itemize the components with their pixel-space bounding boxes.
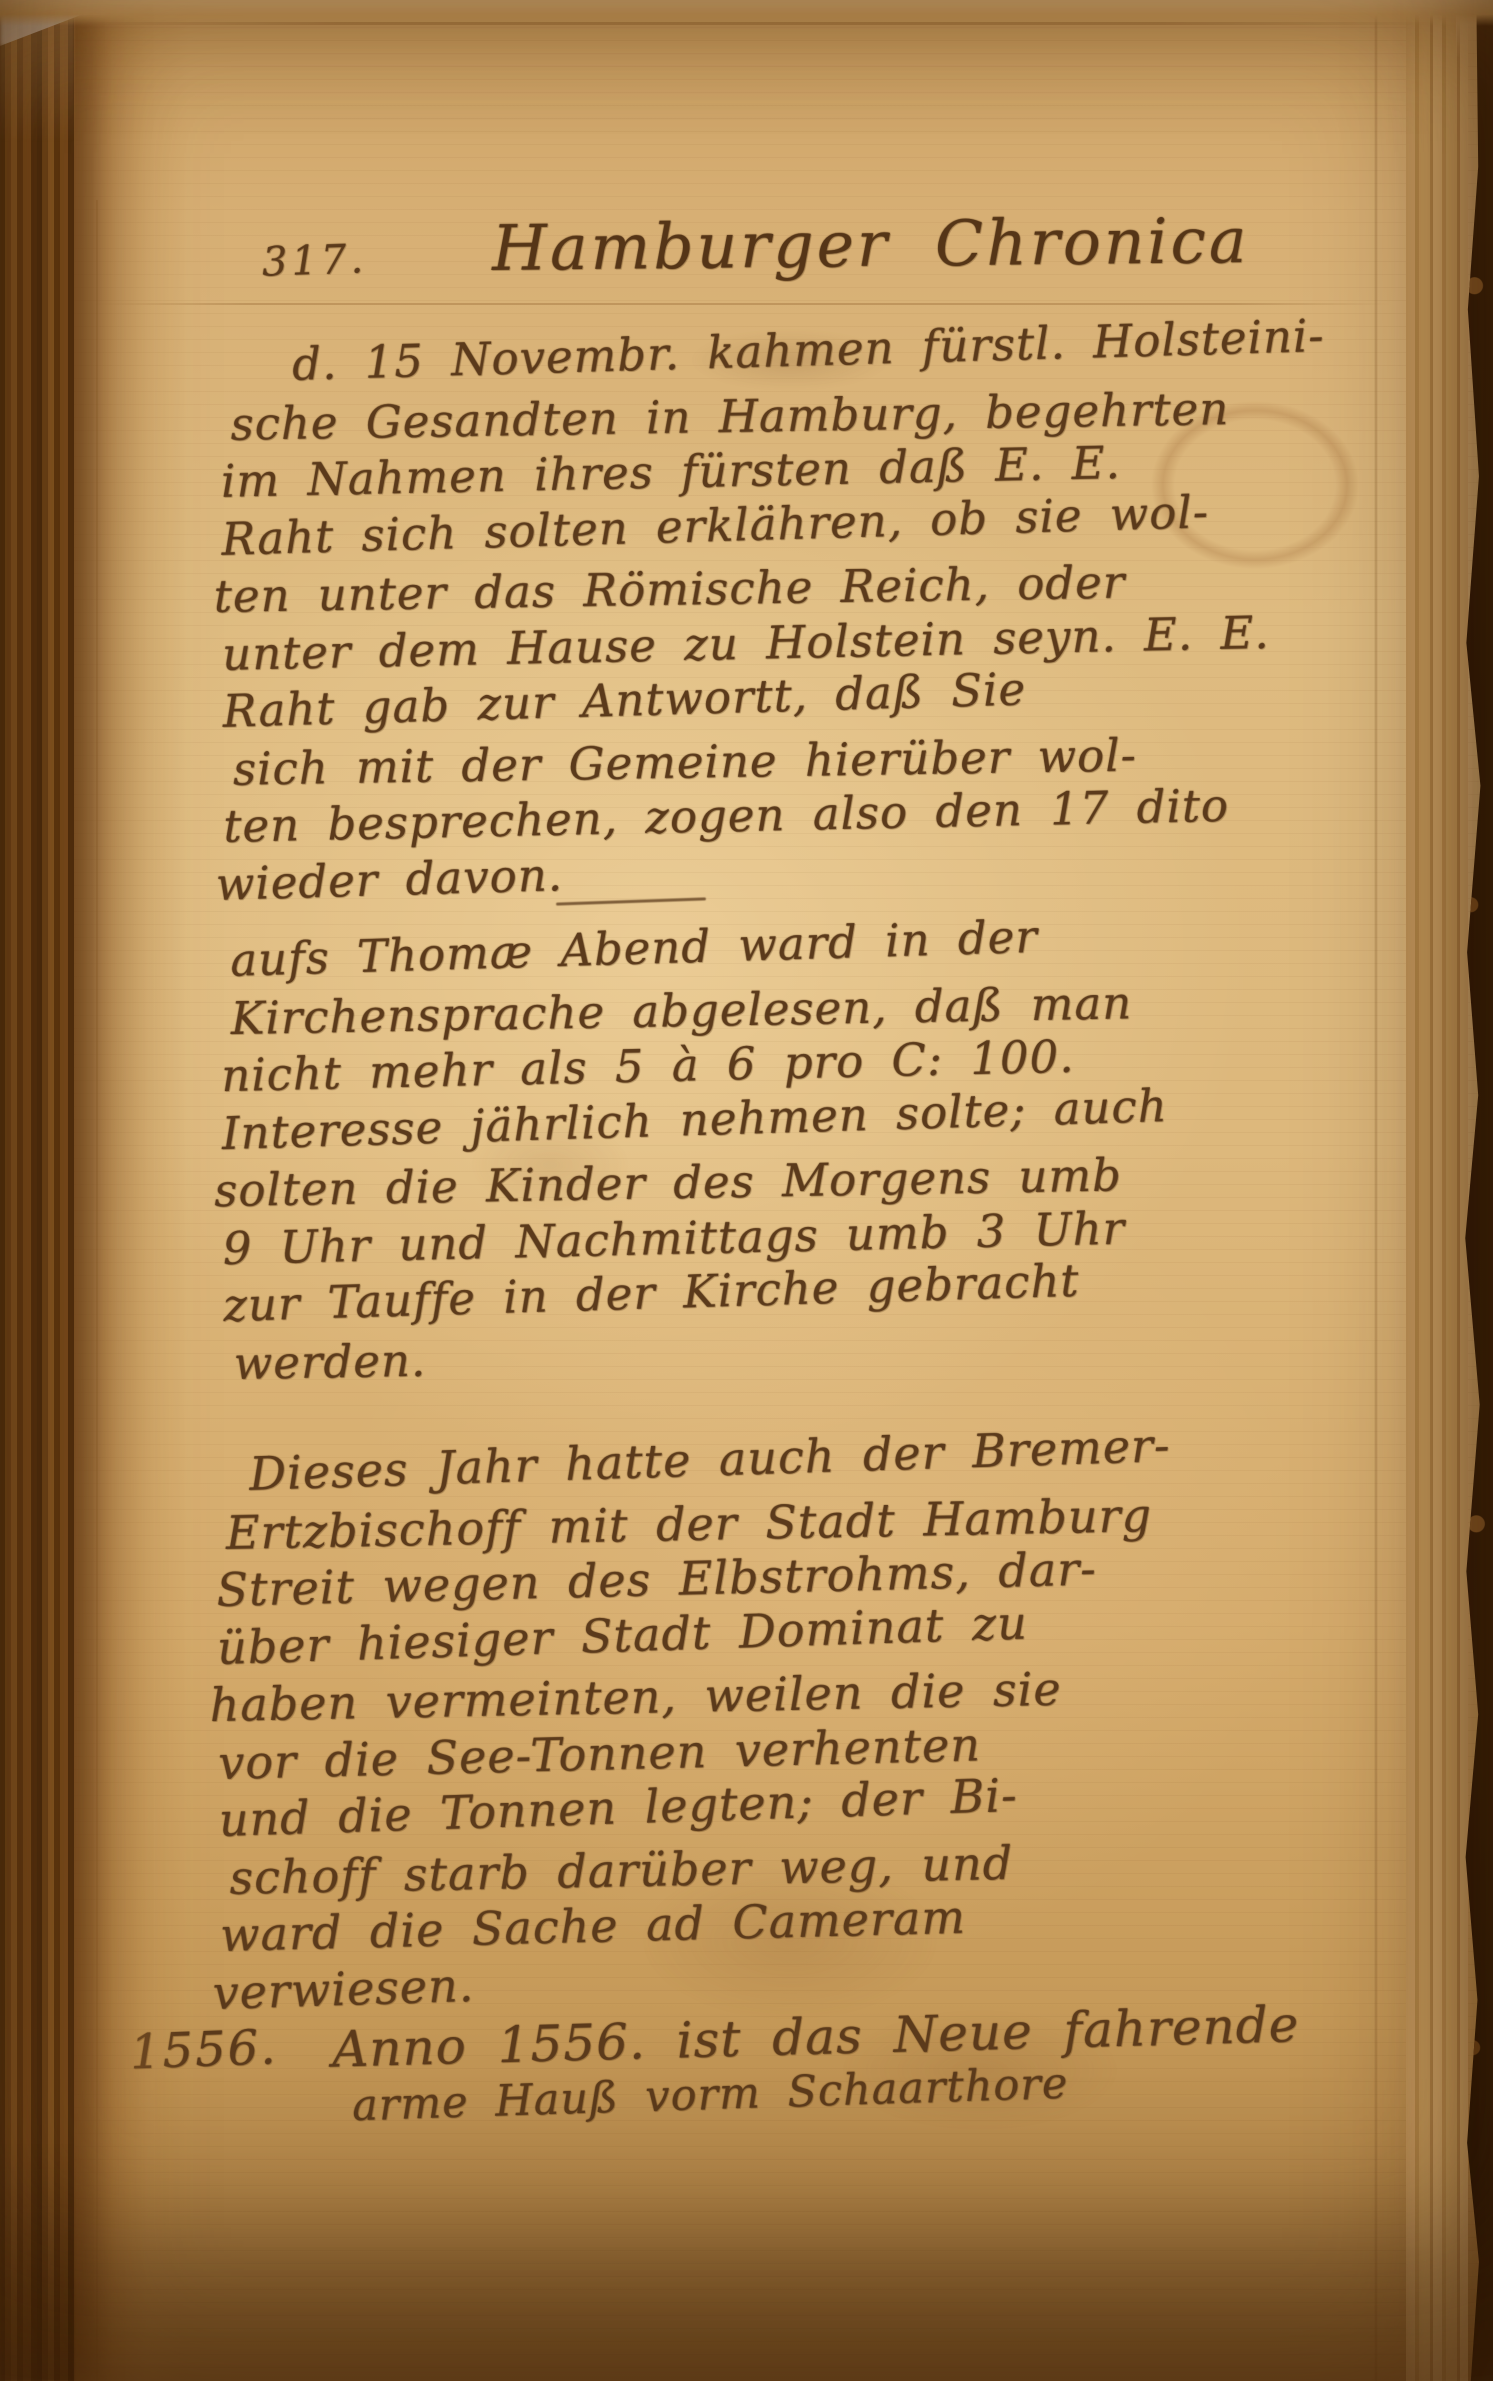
manuscript-photo: 317. Hamburger Chronica d. 15 Novembr. k… <box>0 0 1493 2381</box>
photo-vignette <box>0 0 1493 2381</box>
